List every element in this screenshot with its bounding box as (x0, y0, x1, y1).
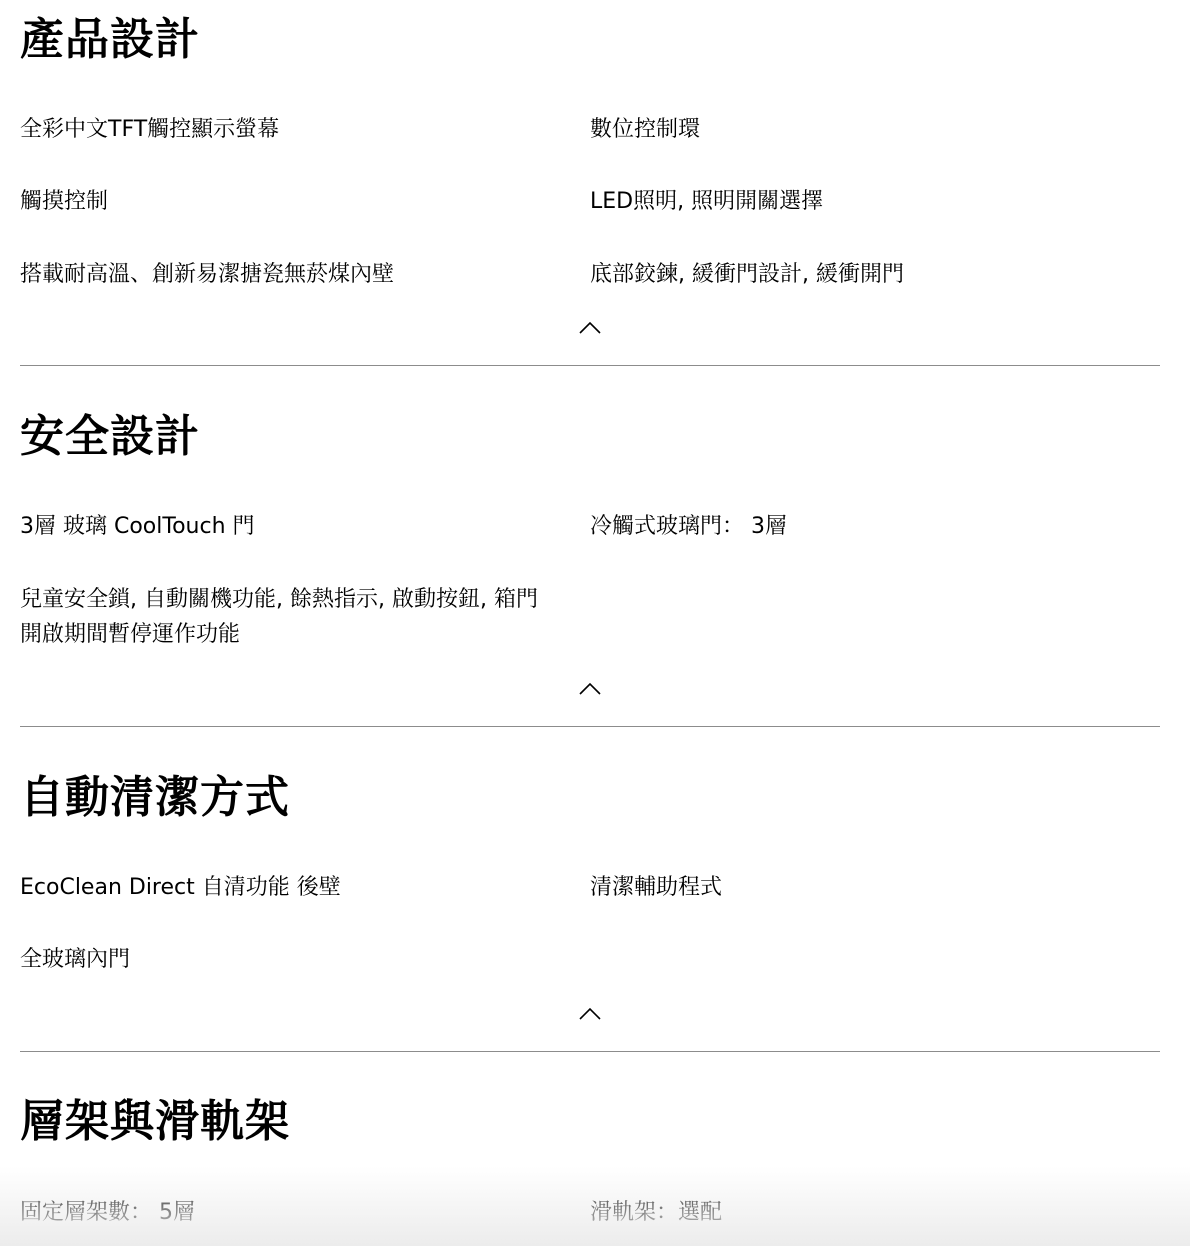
section-divider (20, 726, 1160, 727)
spec-item: 全玻璃內門 (20, 942, 560, 977)
spec-item: 清潔輔助程式 (590, 870, 1150, 905)
spec-item: 3層 玻璃 CoolTouch 門 (20, 509, 560, 544)
spec-item: 固定層架數： 5層 (20, 1195, 560, 1230)
section-title: 自動清潔方式 (20, 776, 290, 820)
spec-item: 全彩中文TFT觸控顯示螢幕 (20, 112, 560, 147)
spec-item: 底部鉸鍊, 緩衝門設計, 緩衝開門 (590, 257, 1150, 292)
spec-item: 滑軌架：選配 (590, 1195, 1150, 1230)
spec-item: LED照明, 照明開關選擇 (590, 184, 1150, 219)
chevron-up-icon (579, 682, 601, 696)
collapse-section-button[interactable] (579, 1007, 601, 1021)
spec-item: 搭載耐高溫、創新易潔搪瓷無菸煤內壁 (20, 257, 560, 292)
section-title: 安全設計 (20, 415, 200, 459)
section-title: 層架與滑軌架 (20, 1100, 290, 1144)
spec-item: 兒童安全鎖, 自動關機功能, 餘熱指示, 啟動按鈕, 箱門開啟期間暫停運作功能 (20, 582, 540, 652)
section-divider (20, 365, 1160, 366)
spec-item: 數位控制環 (590, 112, 1150, 147)
collapse-section-button[interactable] (579, 321, 601, 335)
section-title: 產品設計 (20, 18, 200, 62)
spec-item: 觸摸控制 (20, 184, 560, 219)
chevron-up-icon (579, 1007, 601, 1021)
spec-item: 冷觸式玻璃門： 3層 (590, 509, 1150, 544)
spec-item: EcoClean Direct 自清功能 後壁 (20, 870, 560, 905)
chevron-up-icon (579, 321, 601, 335)
section-divider (20, 1051, 1160, 1052)
collapse-section-button[interactable] (579, 682, 601, 696)
